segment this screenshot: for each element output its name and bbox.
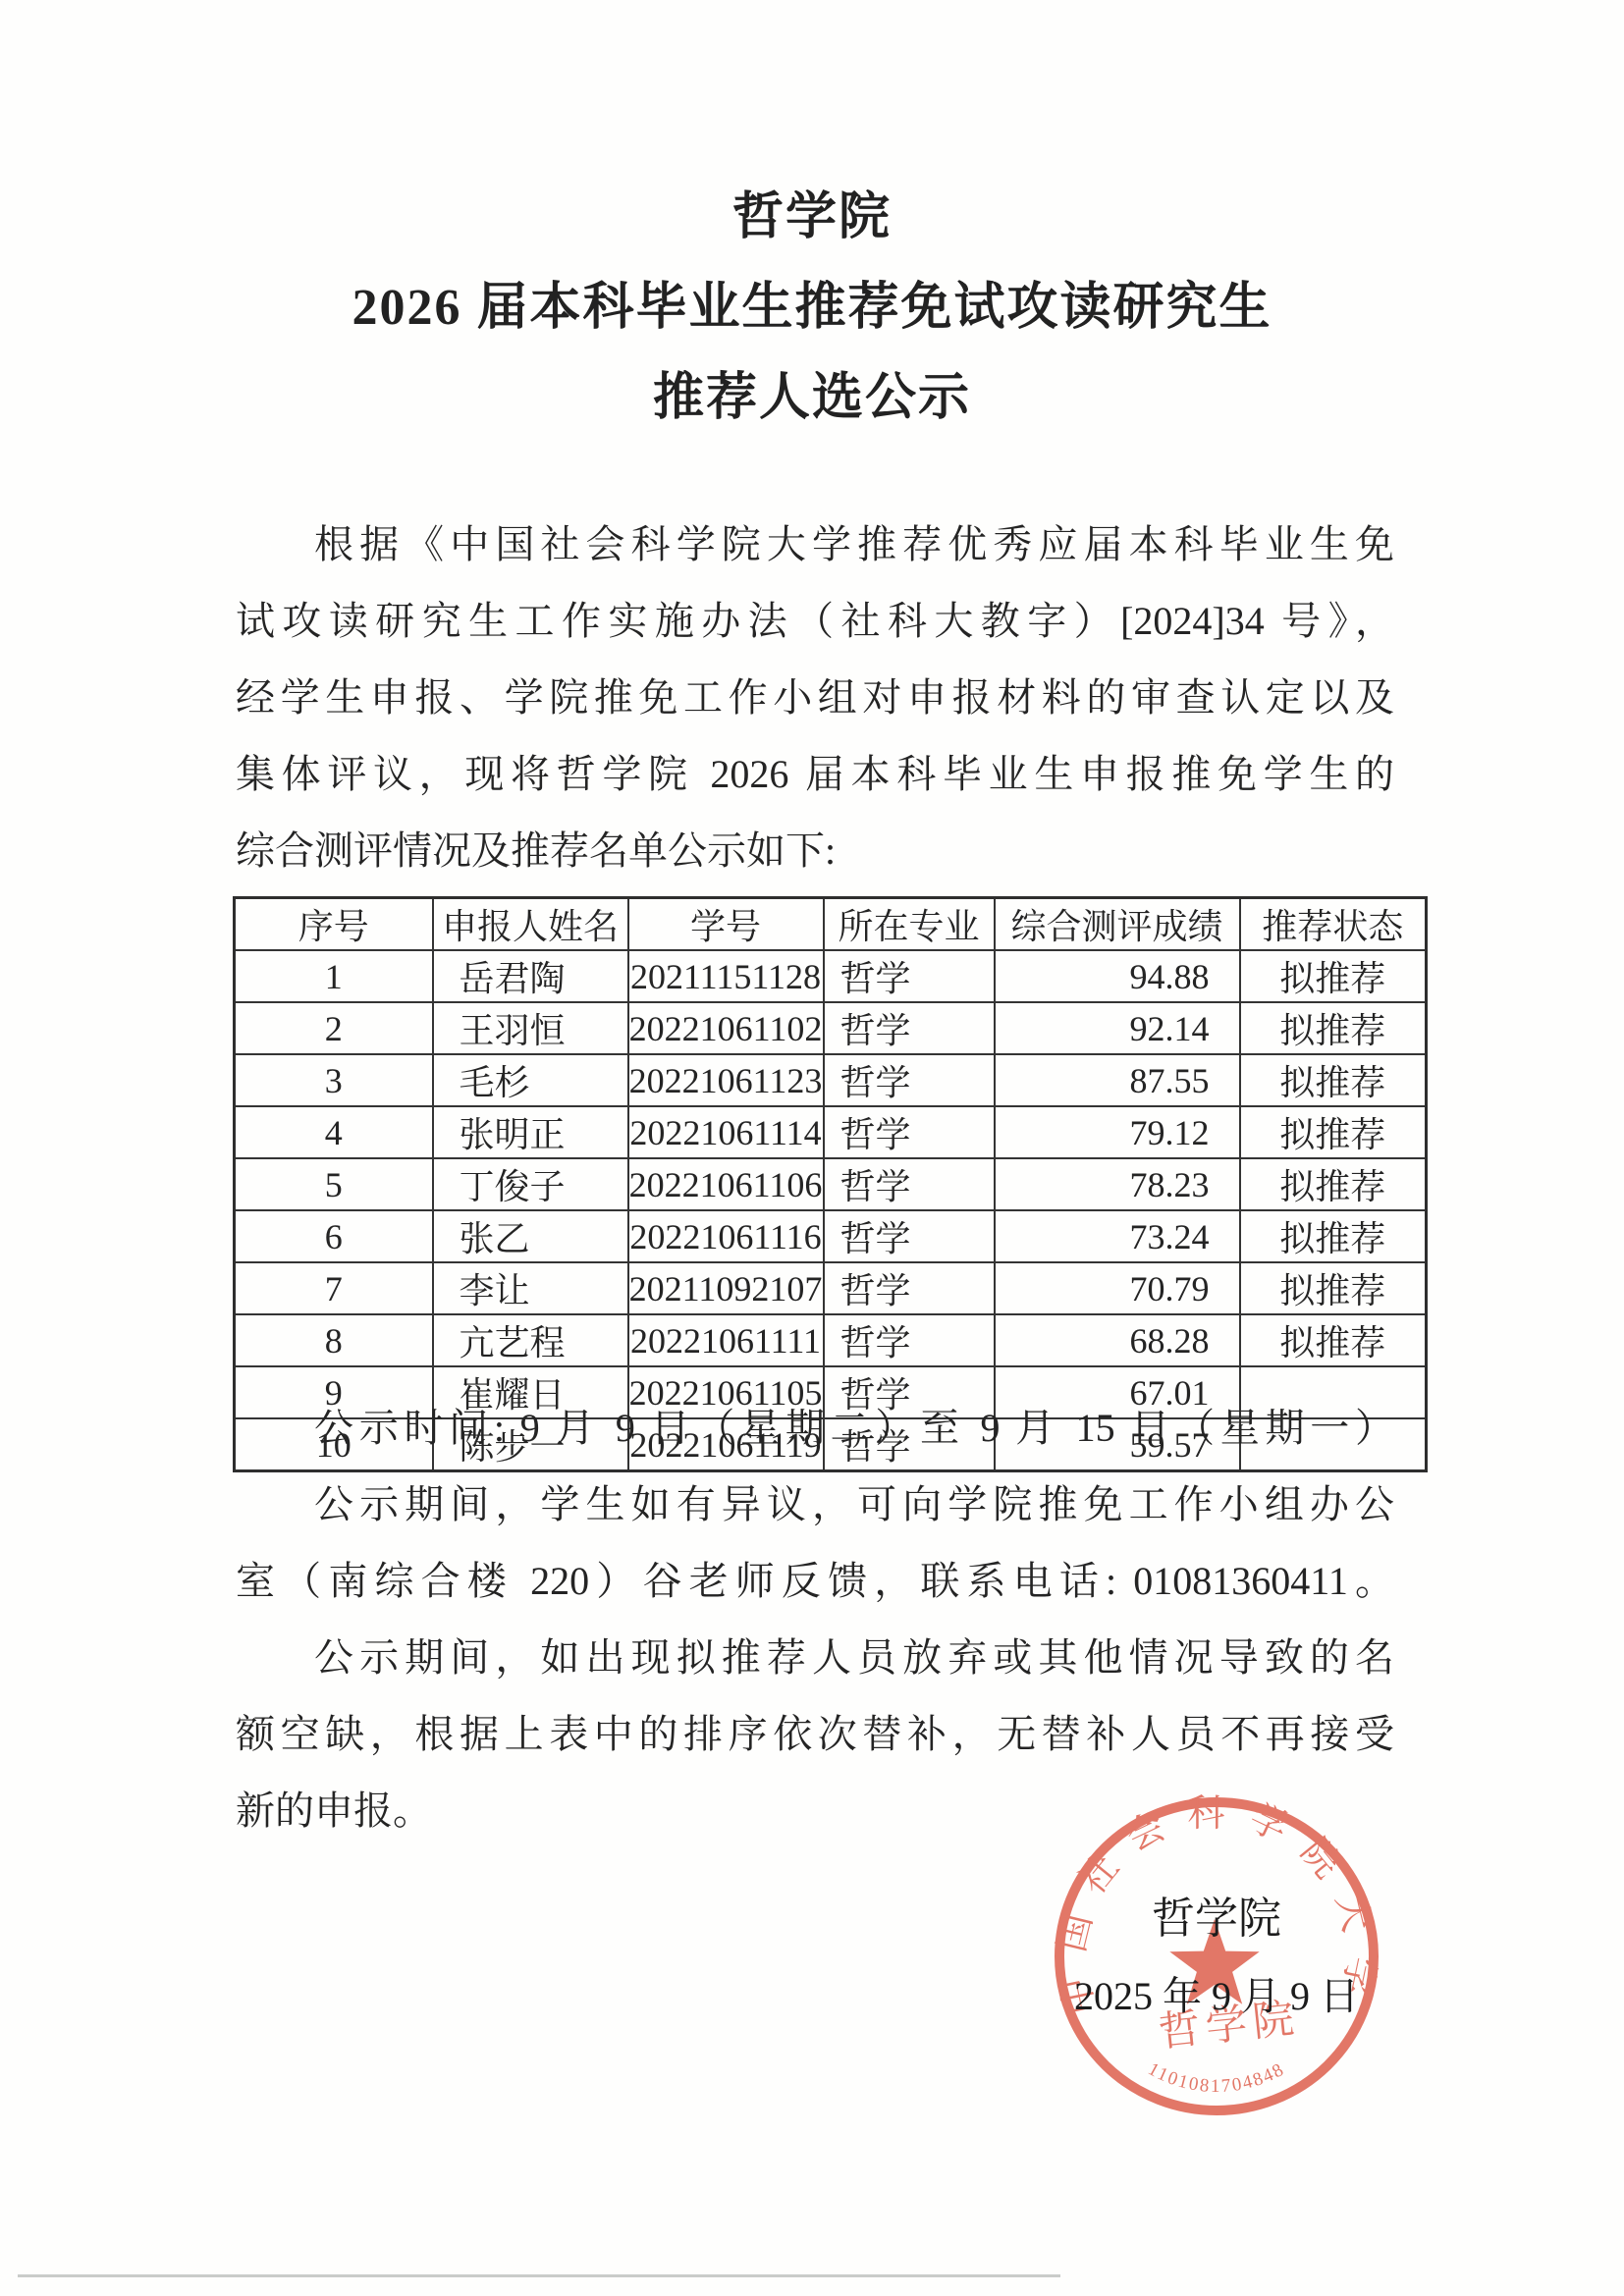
cell-score: 87.55 [995, 1054, 1240, 1106]
cell-major: 哲学 [824, 1314, 995, 1366]
document-title-block: 哲学院 2026 届本科毕业生推荐免试攻读研究生 推荐人选公示 [0, 173, 1624, 444]
intro-line: 集体评议，现将哲学院 2026 届本科毕业生申报推免学生的 [236, 736, 1394, 813]
cell-name: 毛杉 [433, 1054, 628, 1106]
cell-score: 94.88 [995, 950, 1240, 1002]
cell-name: 李让 [433, 1262, 628, 1314]
table-row: 1 岳君陶 20211151128 哲学 94.88 拟推荐 [235, 950, 1427, 1002]
cell-status: 拟推荐 [1240, 1314, 1427, 1366]
cell-major: 哲学 [824, 950, 995, 1002]
cell-name: 王羽恒 [433, 1002, 628, 1054]
cell-id: 20211092107 [628, 1262, 824, 1314]
cell-score: 73.24 [995, 1210, 1240, 1262]
cell-major: 哲学 [824, 1210, 995, 1262]
cell-index: 2 [235, 1002, 433, 1054]
cell-index: 3 [235, 1054, 433, 1106]
table-row: 7 李让 20211092107 哲学 70.79 拟推荐 [235, 1262, 1427, 1314]
header-status: 推荐状态 [1240, 898, 1427, 951]
header-index: 序号 [235, 898, 433, 951]
scan-artifact-line [18, 2274, 1060, 2277]
cell-score: 70.79 [995, 1262, 1240, 1314]
cell-major: 哲学 [824, 1054, 995, 1106]
cell-status: 拟推荐 [1240, 950, 1427, 1002]
cell-status: 拟推荐 [1240, 1158, 1427, 1210]
notice-paragraphs: 公示时间: 9 月 9 日（星期二）至 9 月 15 日（星期一） 公示期间，学… [236, 1390, 1394, 1849]
cell-name: 岳君陶 [433, 950, 628, 1002]
header-score: 综合测评成绩 [995, 898, 1240, 951]
cell-id: 20221061114 [628, 1106, 824, 1158]
table-row: 5 丁俊子 20221061106 哲学 78.23 拟推荐 [235, 1158, 1427, 1210]
cell-id: 20221061116 [628, 1210, 824, 1262]
notice-line-contact1: 公示期间，学生如有异议，可向学院推免工作小组办公 [236, 1467, 1394, 1543]
notice-line-time: 公示时间: 9 月 9 日（星期二）至 9 月 15 日（星期一） [236, 1390, 1394, 1467]
table-row: 8 亢艺程 20221061111 哲学 68.28 拟推荐 [235, 1314, 1427, 1366]
cell-major: 哲学 [824, 1106, 995, 1158]
header-major: 所在专业 [824, 898, 995, 951]
cell-score: 78.23 [995, 1158, 1240, 1210]
cell-index: 6 [235, 1210, 433, 1262]
intro-line: 综合测评情况及推荐名单公示如下: [236, 813, 1394, 889]
table-header-row: 序号 申报人姓名 学号 所在专业 综合测评成绩 推荐状态 [235, 898, 1427, 951]
cell-name: 张乙 [433, 1210, 628, 1262]
cell-score: 79.12 [995, 1106, 1240, 1158]
recommendation-table: 序号 申报人姓名 学号 所在专业 综合测评成绩 推荐状态 1 岳君陶 20211… [233, 896, 1428, 1472]
intro-line: 试攻读研究生工作实施办法（社科大教字）[2024]34 号》， [236, 583, 1394, 660]
table-row: 3 毛杉 20221061123 哲学 87.55 拟推荐 [235, 1054, 1427, 1106]
table-row: 4 张明正 20221061114 哲学 79.12 拟推荐 [235, 1106, 1427, 1158]
intro-paragraph: 根据《中国社会科学院大学推荐优秀应届本科毕业生免 试攻读研究生工作实施办法（社科… [236, 507, 1394, 889]
cell-major: 哲学 [824, 1262, 995, 1314]
notice-line-replace2: 额空缺，根据上表中的排序依次替补，无替补人员不再接受 [236, 1696, 1394, 1773]
cell-index: 1 [235, 950, 433, 1002]
header-name: 申报人姓名 [433, 898, 628, 951]
cell-id: 20211151128 [628, 950, 824, 1002]
cell-index: 7 [235, 1262, 433, 1314]
cell-score: 68.28 [995, 1314, 1240, 1366]
intro-line: 经学生申报、学院推免工作小组对申报材料的审查认定以及 [236, 660, 1394, 736]
cell-name: 张明正 [433, 1106, 628, 1158]
cell-status: 拟推荐 [1240, 1002, 1427, 1054]
cell-score: 92.14 [995, 1002, 1240, 1054]
cell-major: 哲学 [824, 1158, 995, 1210]
header-id: 学号 [628, 898, 824, 951]
cell-status: 拟推荐 [1240, 1210, 1427, 1262]
title-org: 哲学院 [0, 173, 1624, 263]
cell-id: 20221061123 [628, 1054, 824, 1106]
cell-id: 20221061111 [628, 1314, 824, 1366]
table-row: 6 张乙 20221061116 哲学 73.24 拟推荐 [235, 1210, 1427, 1262]
cell-status: 拟推荐 [1240, 1054, 1427, 1106]
cell-id: 20221061106 [628, 1158, 824, 1210]
notice-line-contact2: 室（南综合楼 220）谷老师反馈，联系电话: 01081360411。 [236, 1543, 1394, 1620]
table-row: 2 王羽恒 20221061102 哲学 92.14 拟推荐 [235, 1002, 1427, 1054]
title-main: 2026 届本科毕业生推荐免试攻读研究生 [0, 263, 1624, 353]
cell-name: 亢艺程 [433, 1314, 628, 1366]
cell-status: 拟推荐 [1240, 1106, 1427, 1158]
notice-line-replace1: 公示期间，如出现拟推荐人员放弃或其他情况导致的名 [236, 1620, 1394, 1696]
cell-status: 拟推荐 [1240, 1262, 1427, 1314]
cell-index: 5 [235, 1158, 433, 1210]
signature-date: 2025 年 9 月 9 日 [1036, 1965, 1397, 2021]
cell-index: 8 [235, 1314, 433, 1366]
intro-line: 根据《中国社会科学院大学推荐优秀应届本科毕业生免 [236, 507, 1394, 583]
title-sub: 推荐人选公示 [0, 353, 1624, 444]
recommendation-table-wrap: 序号 申报人姓名 学号 所在专业 综合测评成绩 推荐状态 1 岳君陶 20211… [233, 896, 1425, 1472]
signature-org: 哲学院 [1050, 1883, 1383, 1946]
cell-major: 哲学 [824, 1002, 995, 1054]
cell-name: 丁俊子 [433, 1158, 628, 1210]
cell-index: 4 [235, 1106, 433, 1158]
seal-serial-number: 1101081704848 [1145, 2058, 1289, 2097]
cell-id: 20221061102 [628, 1002, 824, 1054]
official-seal: 中国社会科学院大学 哲学院 1101081704848 [1050, 1789, 1383, 2123]
document-page: 哲学院 2026 届本科毕业生推荐免试攻读研究生 推荐人选公示 根据《中国社会科… [0, 0, 1624, 2296]
